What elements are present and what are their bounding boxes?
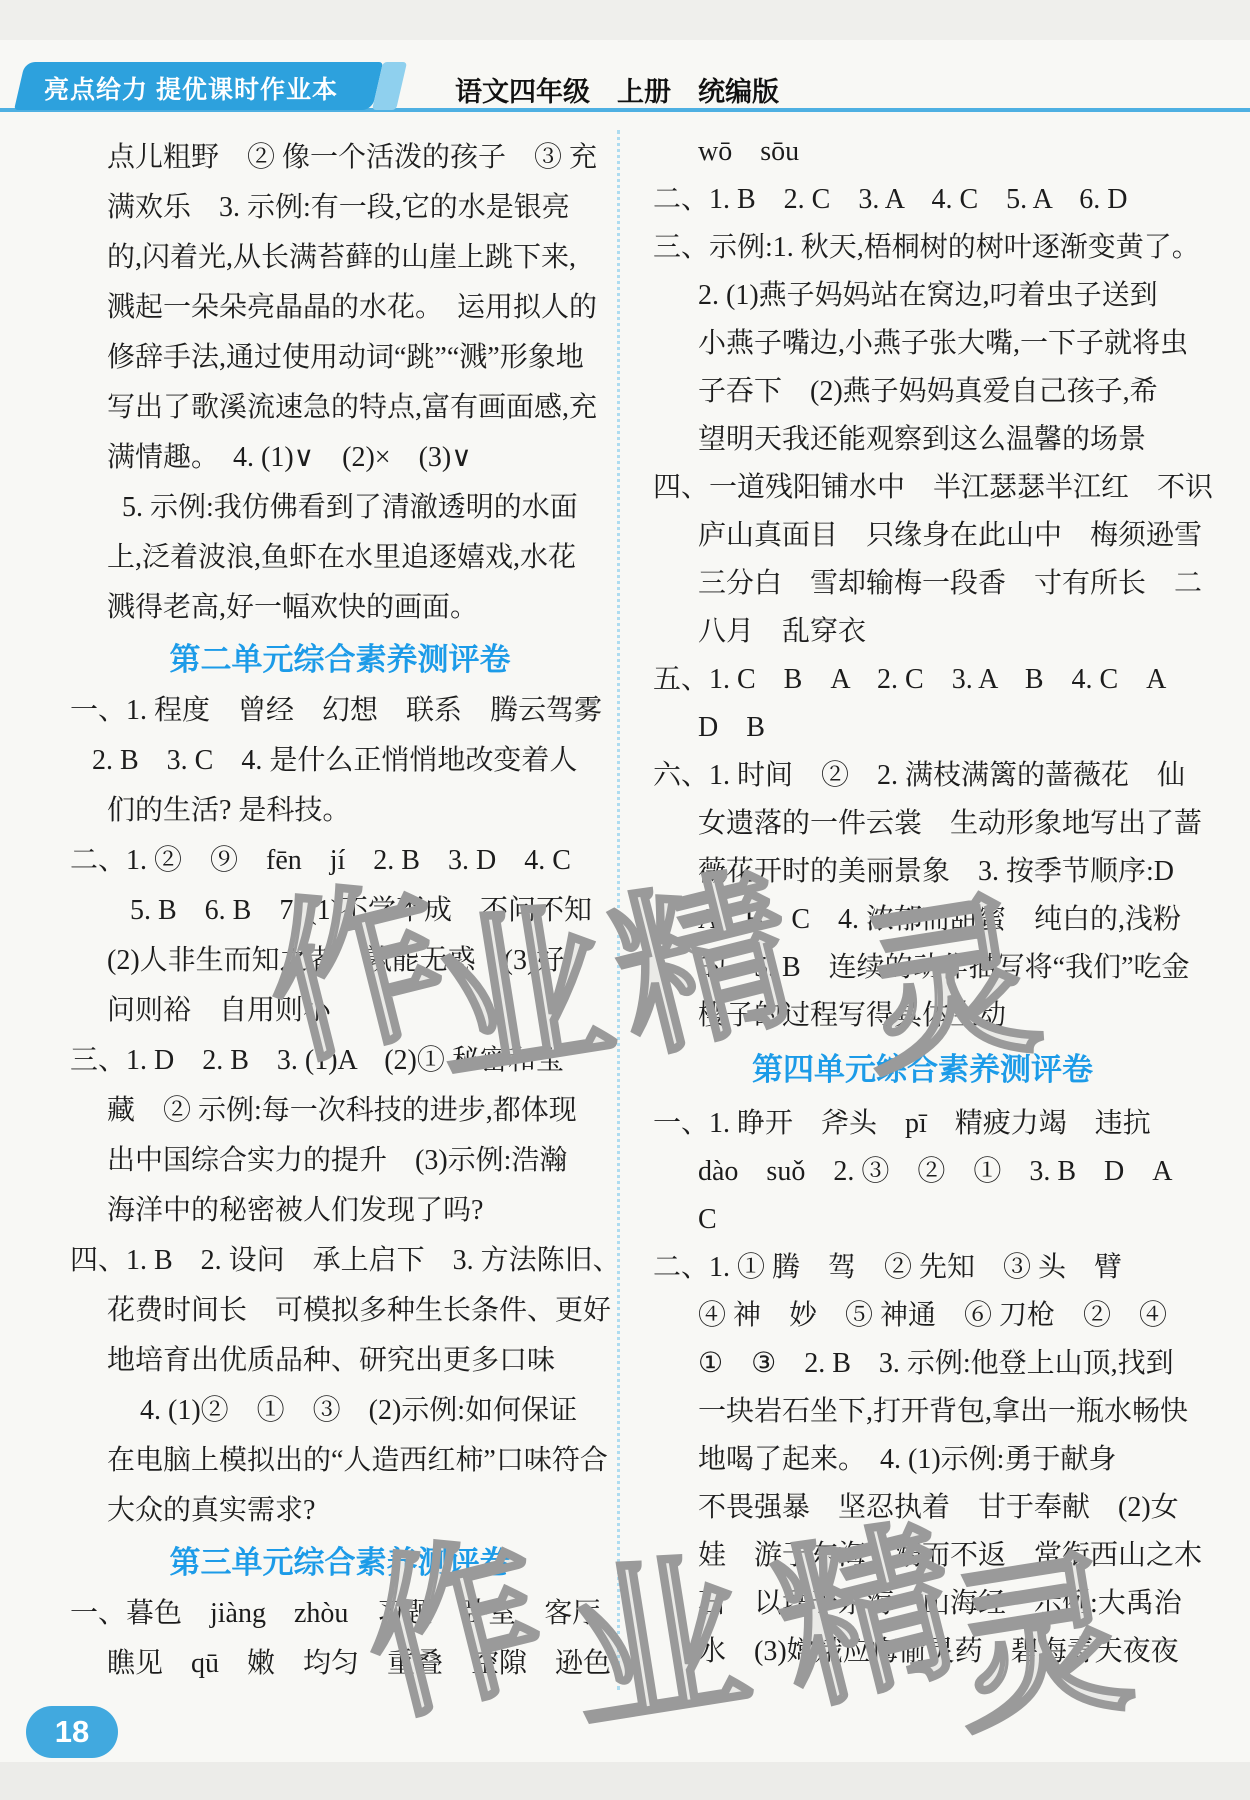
answer-line: 小燕子嘴边,小燕子张大嘴,一下子就将虫: [650, 320, 1195, 368]
answer-line: 三分白 雪却输梅一段香 寸有所长 二: [650, 560, 1195, 608]
answer-line: 4. (1)② ① ③ (2)示例:如何保证: [70, 1386, 610, 1436]
answer-line: 二、1. B 2. C 3. A 4. C 5. A 6. D: [650, 176, 1195, 224]
answer-line: 娃 游于东海 溺而不返 常衔西山之木: [650, 1532, 1195, 1580]
answer-line: 一、1. 程度 曾经 幻想 联系 腾云驾雾: [70, 686, 610, 736]
answer-line: 问则裕 自用则小: [70, 986, 610, 1036]
answer-line: 写出了歌溪流速急的特点,富有画面感,充: [70, 383, 610, 433]
column-divider: [617, 130, 620, 1690]
answer-line: 出中国综合实力的提升 (3)示例:浩瀚: [70, 1136, 610, 1186]
answer-line: 海洋中的秘密被人们发现了吗?: [70, 1186, 610, 1236]
answer-line: 八月 乱穿衣: [650, 608, 1195, 656]
answer-line: 女遗落的一件云裳 生动形象地写出了蔷: [650, 800, 1195, 848]
answer-line: 瞧见 qū 嫩 均匀 重叠 空隙 逊色: [70, 1639, 610, 1689]
answer-line: 石 以堙于东海 山海经 示例:大禹治: [650, 1580, 1195, 1628]
page-number: 18: [55, 1714, 89, 1750]
answer-line: 满情趣。 4. (1)∨ (2)× (3)∨: [70, 433, 610, 483]
answer-line: ④ 神 妙 ⑤ 神通 ⑥ 刀枪 ② ④: [650, 1292, 1195, 1340]
answer-line: ① ③ 2. B 3. 示例:他登上山顶,找到: [650, 1340, 1195, 1388]
answer-line: 5. 示例:我仿佛看到了清澈透明的水面: [70, 483, 610, 533]
answers-column-left: 点儿粗野 ② 像一个活泼的孩子 ③ 充满欢乐 3. 示例:有一段,它的水是银亮的…: [70, 133, 610, 1689]
answer-line: 三、示例:1. 秋天,梧桐树的树叶逐渐变黄了。: [650, 224, 1195, 272]
answer-line: 5. B 6. B 7. (1)不学不成 不问不知: [70, 886, 610, 936]
answer-line: 点儿粗野 ② 像一个活泼的孩子 ③ 充: [70, 133, 610, 183]
answer-line: 水 (3)嫦娥应悔偷灵药 碧海青天夜夜: [650, 1628, 1195, 1676]
answer-line: 庐山真面目 只缘身在此山中 梅须逊雪: [650, 512, 1195, 560]
answer-line: 薇花开时的美丽景象 3. 按季节顺序:D: [650, 848, 1195, 896]
section-heading: 第四单元综合素养测评卷: [650, 1040, 1195, 1100]
answer-line: 望明天我还能观察到这么温馨的场景: [650, 416, 1195, 464]
answer-line: 上,泛着波浪,鱼虾在水里追逐嬉戏,水花: [70, 533, 610, 583]
answer-line: 地喝了起来。 4. (1)示例:勇于献身: [650, 1436, 1195, 1484]
answer-line: 大众的真实需求?: [70, 1486, 610, 1536]
answer-line: 二、1. ② ⑨ fēn jí 2. B 3. D 4. C: [70, 836, 610, 886]
answer-line: 樱子的过程写得具体生动: [650, 992, 1195, 1040]
answer-line: 不畏强暴 坚忍执着 甘于奉献 (2)女: [650, 1484, 1195, 1532]
answer-line: 一、暮色 jiàng zhòu 习题 卧室 客厅: [70, 1589, 610, 1639]
page-top-margin: [0, 0, 1250, 40]
answer-line: C: [650, 1196, 1195, 1244]
answer-line: 的 5. B 连续的动作描写将“我们”吃金: [650, 944, 1195, 992]
answer-line: D B: [650, 704, 1195, 752]
answer-line: 溅得老高,好一幅欢快的画面。: [70, 583, 610, 633]
answer-line: 一、1. 睁开 斧头 pī 精疲力竭 违抗: [650, 1100, 1195, 1148]
answer-line: 2. B 3. C 4. 是什么正悄悄地改变着人: [70, 736, 610, 786]
answer-line: 一块岩石坐下,打开背包,拿出一瓶水畅快: [650, 1388, 1195, 1436]
answer-line: 花费时间长 可模拟多种生长条件、更好: [70, 1286, 610, 1336]
answer-line: 们的生活? 是科技。: [70, 786, 610, 836]
answer-line: 三、1. D 2. B 3. (1)A (2)① 秘密和宝: [70, 1036, 610, 1086]
answer-line: 藏 ② 示例:每一次科技的进步,都体现: [70, 1086, 610, 1136]
answer-line: 五、1. C B A 2. C 3. A B 4. C A: [650, 656, 1195, 704]
page-number-badge: 18: [26, 1706, 118, 1758]
section-heading: 第二单元综合素养测评卷: [70, 633, 610, 686]
answer-line: 在电脑上模拟出的“人造西红柿”口味符合: [70, 1436, 610, 1486]
section-heading: 第三单元综合素养测评卷: [70, 1536, 610, 1589]
answers-column-right: wō sōu二、1. B 2. C 3. A 4. C 5. A 6. D三、示…: [650, 128, 1195, 1676]
answer-line: 四、一道残阳铺水中 半江瑟瑟半江红 不识: [650, 464, 1195, 512]
answer-line: 子吞下 (2)燕子妈妈真爱自己孩子,希: [650, 368, 1195, 416]
answer-line: 的,闪着光,从长满苔藓的山崖上跳下来,: [70, 233, 610, 283]
answer-line: 2. (1)燕子妈妈站在窝边,叼着虫子送到: [650, 272, 1195, 320]
answer-line: 溅起一朵朵亮晶晶的水花。 运用拟人的: [70, 283, 610, 333]
book-title: 语文四年级 上册 统编版: [455, 70, 779, 109]
brand-badge-label: 亮点给力 提优课时作业本: [44, 70, 384, 106]
answer-line: A B C 4. 浓郁而甜蜜 纯白的,浅粉: [650, 896, 1195, 944]
answer-line: 地培育出优质品种、研究出更多口味: [70, 1336, 610, 1386]
answer-line: 修辞手法,通过使用动词“跳”“溅”形象地: [70, 333, 610, 383]
answer-line: wō sōu: [650, 128, 1195, 176]
answer-line: dào suǒ 2. ③ ② ① 3. B D A: [650, 1148, 1195, 1196]
answer-line: (2)人非生而知之者 孰能无惑 (3)好: [70, 936, 610, 986]
page-bottom-margin: [0, 1762, 1250, 1800]
answer-line: 六、1. 时间 ② 2. 满枝满篱的蔷薇花 仙: [650, 752, 1195, 800]
answer-line: 四、1. B 2. 设问 承上启下 3. 方法陈旧、: [70, 1236, 610, 1286]
answer-line: 二、1. ① 腾 驾 ② 先知 ③ 头 臂: [650, 1244, 1195, 1292]
answer-line: 满欢乐 3. 示例:有一段,它的水是银亮: [70, 183, 610, 233]
